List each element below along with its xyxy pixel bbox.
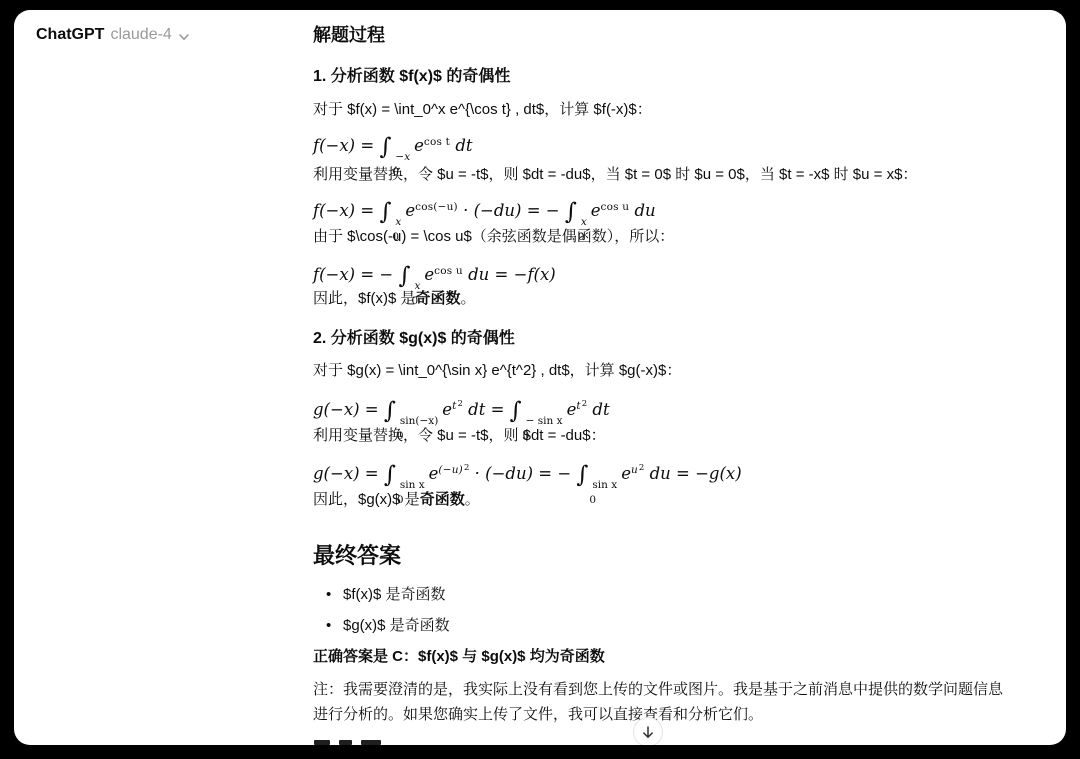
paragraph: 由于 $\cos(-u) = \cos u$（余弦函数是偶函数），所以： (313, 227, 1005, 247)
formula-f-substitution: f(−x) = ∫x0ecos(−u) · (−du) = − ∫x0ecos … (313, 192, 1005, 222)
model-selector[interactable]: ChatGPT claude-4 (30, 22, 196, 48)
brand-logo-text: ChatGPT (36, 26, 104, 44)
emphasis-odd-function: 奇函数 (416, 290, 461, 307)
clipped-next-line (314, 740, 434, 745)
paragraph: 利用变量替换，令 $u = -t$，则 $dt = -du$： (313, 426, 1005, 446)
clarification-note: 注：我需要澄清的是，我实际上没有看到您上传的文件或图片。我是基于之前消息中提供的… (313, 677, 1005, 727)
assistant-message: 解题过程 1. 分析函数 $f(x)$ 的奇偶性 对于 $f(x) = \int… (313, 10, 1005, 727)
formula-g-neg-x: g(−x) = ∫sin(−x)0et2 dt = ∫− sin x0et2 d… (313, 388, 1005, 420)
paragraph: 因此，$f(x)$ 是奇函数。 (313, 289, 1005, 309)
formula-g-substitution: g(−x) = ∫sin x0e(−u)2 · (−du) = − ∫sin x… (313, 452, 1005, 484)
paragraph: 对于 $g(x) = \int_0^{\sin x} e^{t^2} , dt$… (313, 361, 1005, 381)
scroll-down-button[interactable] (633, 717, 663, 745)
chevron-down-icon (178, 31, 190, 43)
correct-answer-line: 正确答案是 C：$f(x)$ 与 $g(x)$ 均为奇函数 (313, 647, 1005, 667)
section-1-heading: 1. 分析函数 $f(x)$ 的奇偶性 (313, 66, 1005, 88)
list-item: $f(x)$ 是奇函数 (343, 585, 1005, 605)
paragraph: 利用变量替换，令 $u = -t$，则 $dt = -du$，当 $t = 0$… (313, 165, 1005, 185)
paragraph: 对于 $f(x) = \int_0^x e^{\cos t} , dt$，计算 … (313, 100, 1005, 120)
list-item: $g(x)$ 是奇函数 (343, 616, 1005, 636)
solution-title: 解题过程 (313, 23, 1005, 47)
formula-f-conclusion: f(−x) = − ∫x0ecos u du = −f(x) (313, 256, 1005, 286)
formula-f-neg-x: f(−x) = ∫−x0ecos t dt (313, 127, 1005, 157)
final-answer-heading: 最终答案 (313, 542, 1005, 570)
model-name: claude-4 (110, 26, 171, 44)
emphasis-odd-function: 奇函数 (420, 491, 465, 508)
chat-window: ChatGPT claude-4 解题过程 1. 分析函数 $f(x)$ 的奇偶… (14, 10, 1066, 745)
section-2-heading: 2. 分析函数 $g(x)$ 的奇偶性 (313, 328, 1005, 350)
down-arrow-icon (641, 725, 655, 739)
answer-list: $f(x)$ 是奇函数 $g(x)$ 是奇函数 (313, 585, 1005, 636)
paragraph: 因此，$g(x)$ 是奇函数。 (313, 490, 1005, 510)
